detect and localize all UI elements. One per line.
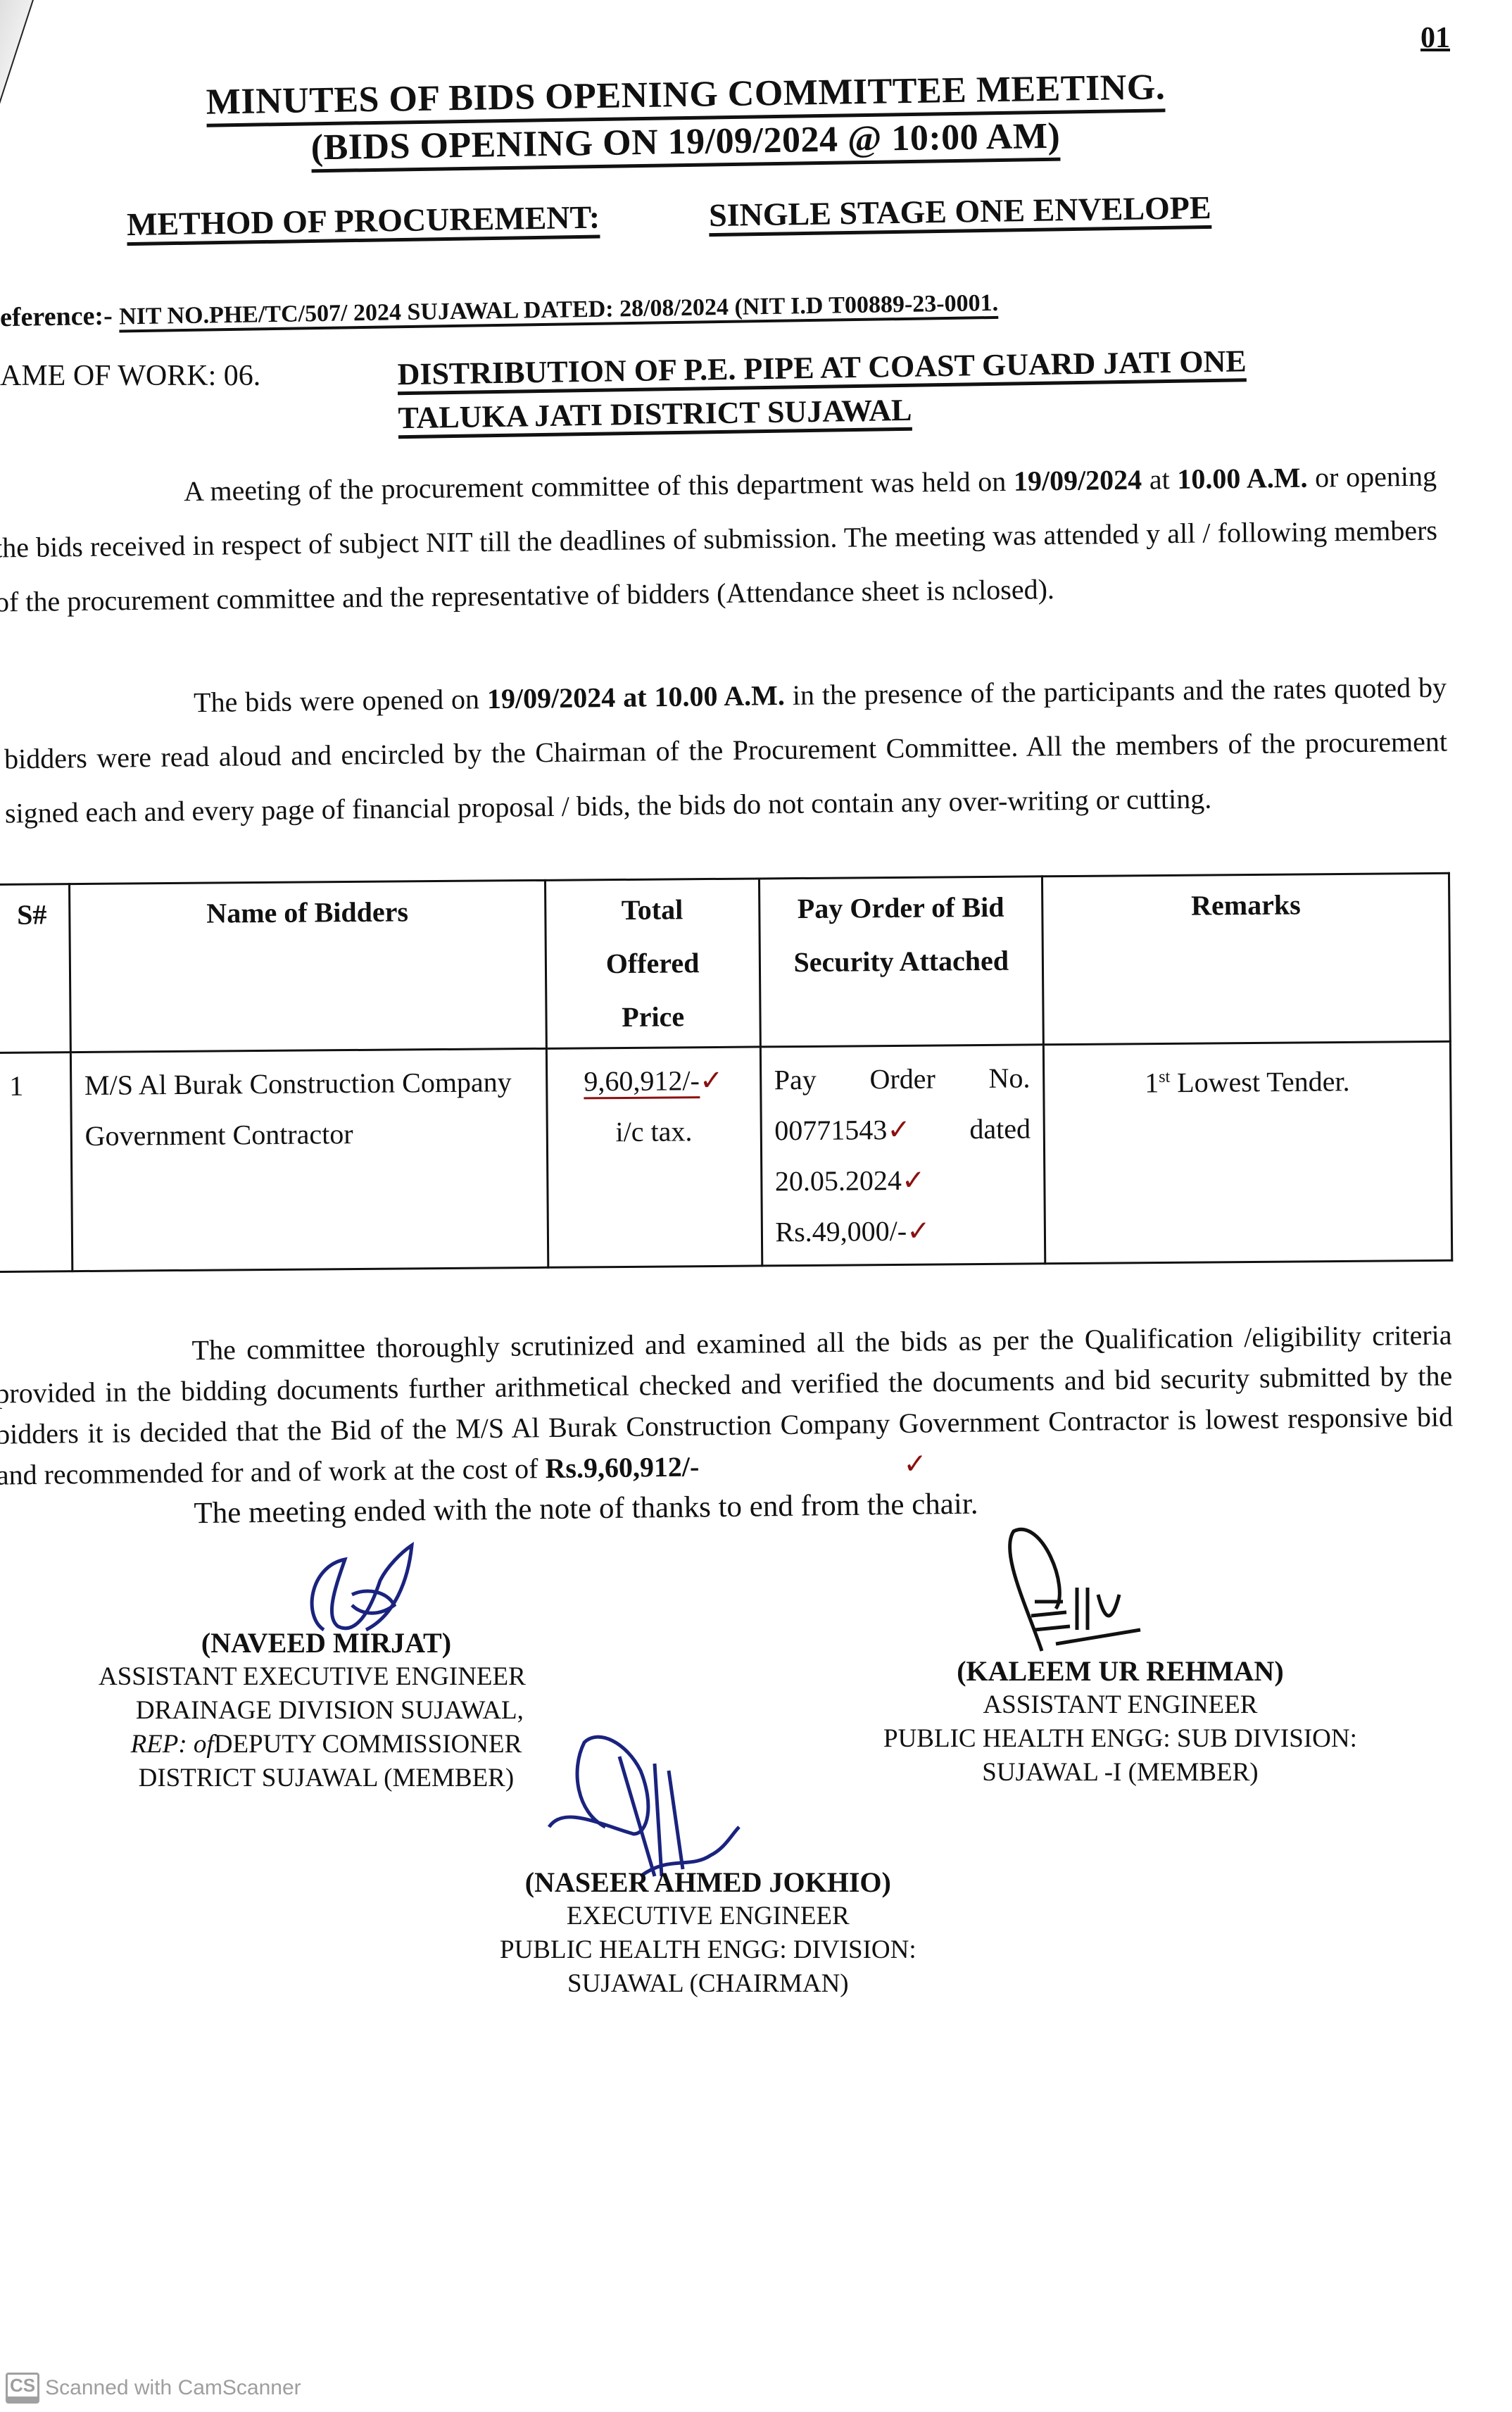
camscanner-logo-icon: CS xyxy=(6,2373,39,2404)
signatory-kaleem-ur-rehman: (KALEEM UR REHMAN) ASSISTANT ENGINEER PU… xyxy=(883,1654,1357,1790)
check-mark-icon: ✓ xyxy=(700,1055,724,1106)
method-label: METHOD OF PROCUREMENT: xyxy=(127,199,600,246)
name-of-work-value: DISTRIBUTION OF P.E. PIPE AT COAST GUARD… xyxy=(397,337,1405,440)
header-remarks: Remarks xyxy=(1042,873,1451,1045)
document-page: 01 MINUTES OF BIDS OPENING COMMITTEE MEE… xyxy=(0,0,1512,2412)
name-of-work-label: AME OF WORK: 06. xyxy=(0,359,260,393)
paragraph-bids-opened: The bids were opened on 19/09/2024 at 10… xyxy=(4,660,1449,840)
camscanner-watermark: CS Scanned with CamScanner xyxy=(6,2373,301,2404)
header-sn: S# xyxy=(0,884,70,1053)
header-name: Name of Bidders xyxy=(69,880,546,1052)
cell-sn: 1 xyxy=(0,1053,73,1272)
check-mark-icon: ✓ xyxy=(902,1155,926,1206)
table-row: 1 M/S Al Burak Construction CompanyGover… xyxy=(0,1041,1452,1271)
signatory-naveed-mirjat: (NAVEED MIRJAT) ASSISTANT EXECUTIVE ENGI… xyxy=(127,1626,526,1795)
check-mark-icon: ✓ xyxy=(706,1443,927,1487)
cell-offered-price: 9,60,912/-✓ i/c tax. xyxy=(546,1047,762,1267)
check-mark-icon: ✓ xyxy=(887,1105,911,1155)
signatory-naseer-ahmed-jokhio: (NASEER AHMED JOKHIO) EXECUTIVE ENGINEER… xyxy=(500,1866,916,2001)
paragraph-meeting: A meeting of the procurement committee o… xyxy=(0,448,1438,629)
signature-kaleem-ur-rehman xyxy=(1000,1524,1154,1668)
method-value: SINGLE STAGE ONE ENVELOPE xyxy=(709,189,1211,237)
bids-table: S# Name of Bidders TotalOfferedPrice Pay… xyxy=(0,872,1453,1273)
camscanner-text: Scanned with CamScanner xyxy=(45,2376,301,2400)
header-price: TotalOfferedPrice xyxy=(545,879,760,1048)
header-pay-order: Pay Order of BidSecurity Attached xyxy=(759,877,1044,1047)
table-header-row: S# Name of Bidders TotalOfferedPrice Pay… xyxy=(0,873,1450,1053)
cell-remarks: 1st Lowest Tender. xyxy=(1044,1041,1452,1264)
cell-bidder-name: M/S Al Burak Construction CompanyGovernm… xyxy=(70,1048,548,1271)
paragraph-decision: The committee thoroughly scrutinized and… xyxy=(0,1314,1454,1536)
reference-line: eference:- NIT NO.PHE/TC/507/ 2024 SUJAW… xyxy=(0,287,998,333)
reference-value: NIT NO.PHE/TC/507/ 2024 SUJAWAL DATED: 2… xyxy=(119,290,999,333)
page-number: 01 xyxy=(1420,21,1450,55)
cell-pay-order: PayOrderNo. 00771543✓dated 20.05.2024✓ R… xyxy=(760,1045,1045,1266)
reference-label: eference:- xyxy=(0,301,113,333)
check-mark-icon: ✓ xyxy=(907,1206,931,1257)
method-of-procurement: METHOD OF PROCUREMENT:SINGLE STAGE ONE E… xyxy=(127,189,1211,243)
